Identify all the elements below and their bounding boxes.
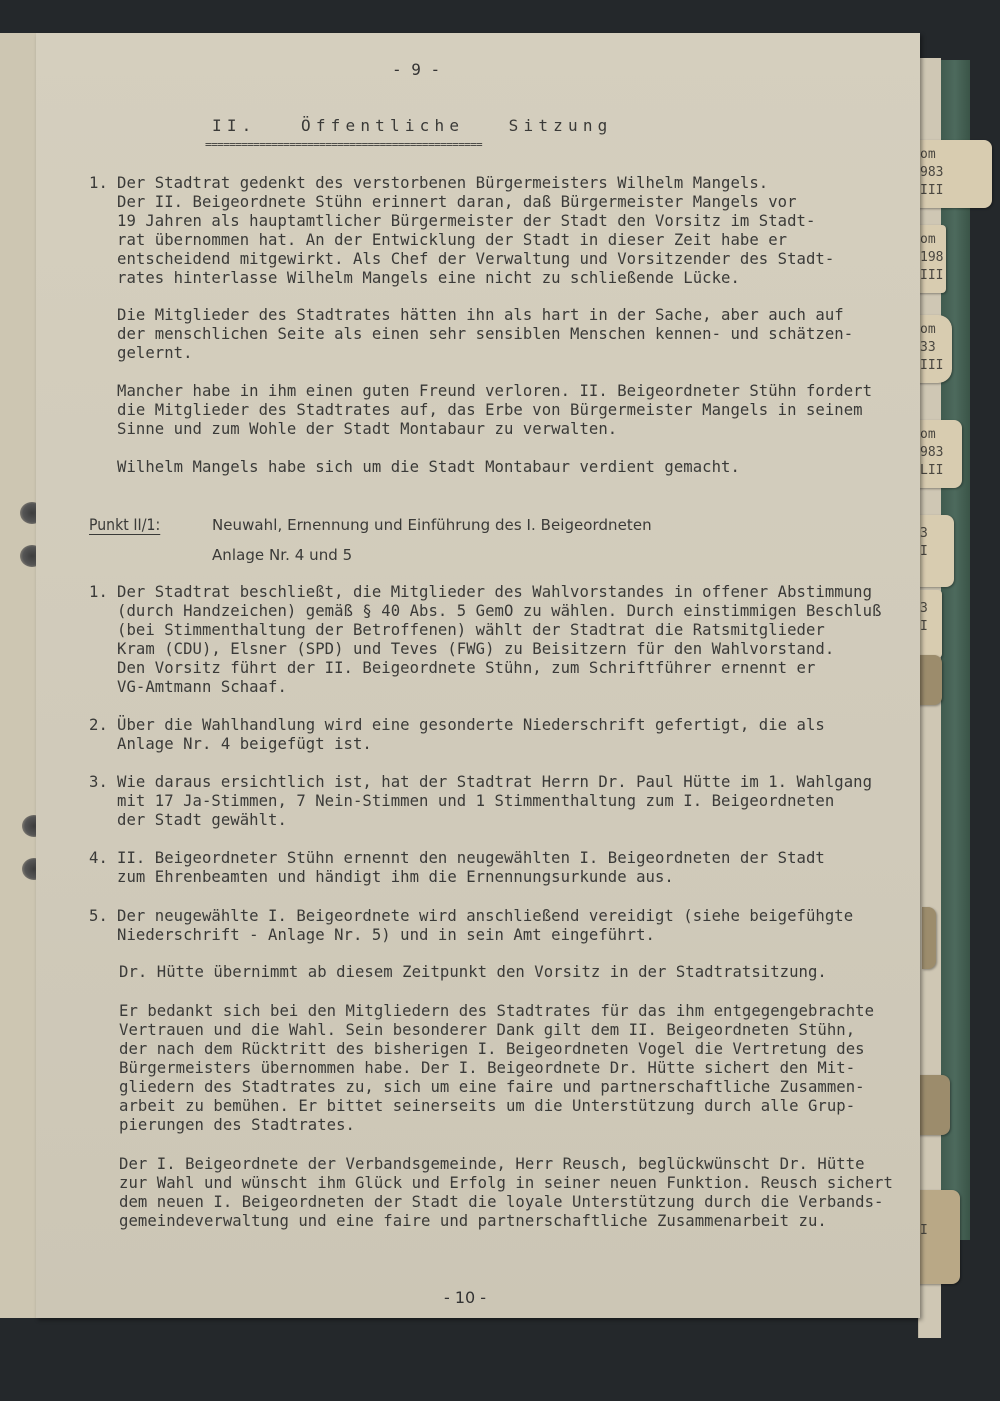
page-number-top: - 9 - [392,60,440,79]
index-tab: 3 I [918,590,942,658]
intro-item-text: Der Stadtrat gedenkt des verstorbenen Bü… [117,174,834,288]
intro-paragraph: Wilhelm Mangels habe sich um die Stadt M… [117,458,740,477]
intro-item-number: 1. [89,174,108,193]
index-tab: om 33 III [918,315,952,383]
agenda-item-title: Neuwahl, Ernennung und Einführung des I.… [212,516,652,535]
item-number: 2. [89,716,108,735]
index-tab: I [918,1190,960,1284]
item-text: Wie daraus ersichtlich ist, hat der Stad… [117,773,872,830]
section-heading: II. Öffentliche Sitzung [212,116,613,135]
index-tab: om 198 III [918,225,946,293]
index-tab: om 983 LII [918,420,962,488]
index-tab: om 983 III [918,140,992,208]
intro-paragraph: Mancher habe in ihm einen guten Freund v… [117,382,872,439]
item-number: 3. [89,773,108,792]
item-paragraph: Der I. Beigeordnete der Verbandsgemeinde… [119,1155,893,1231]
item-text: Der Stadtrat beschließt, die Mitglieder … [117,583,882,697]
index-tab [922,907,936,969]
index-tab [918,1075,950,1135]
item-text: Über die Wahlhandlung wird eine gesonder… [117,716,825,754]
intro-paragraph: Die Mitglieder des Stadtrates hätten ihn… [117,306,853,363]
item-text: Der neugewählte I. Beigeordnete wird ans… [117,907,853,945]
previous-page-edge [0,33,38,1318]
item-number: 4. [89,849,108,868]
section-heading-underline: ========================================… [205,138,482,151]
agenda-item-label: Punkt II/1: [89,516,160,535]
index-tab [918,655,942,705]
index-tab: 3 I [918,515,954,587]
agenda-item-label-text: Punkt II/1: [89,516,160,534]
agenda-item-subtitle: Anlage Nr. 4 und 5 [212,546,352,565]
item-number: 1. [89,583,108,602]
item-number: 5. [89,907,108,926]
item-text: II. Beigeordneter Stühn ernennt den neug… [117,849,825,887]
item-paragraph: Er bedankt sich bei den Mitgliedern des … [119,1002,874,1135]
item-paragraph: Dr. Hütte übernimmt ab diesem Zeitpunkt … [119,963,827,982]
page-number-bottom: - 10 - [444,1288,486,1307]
